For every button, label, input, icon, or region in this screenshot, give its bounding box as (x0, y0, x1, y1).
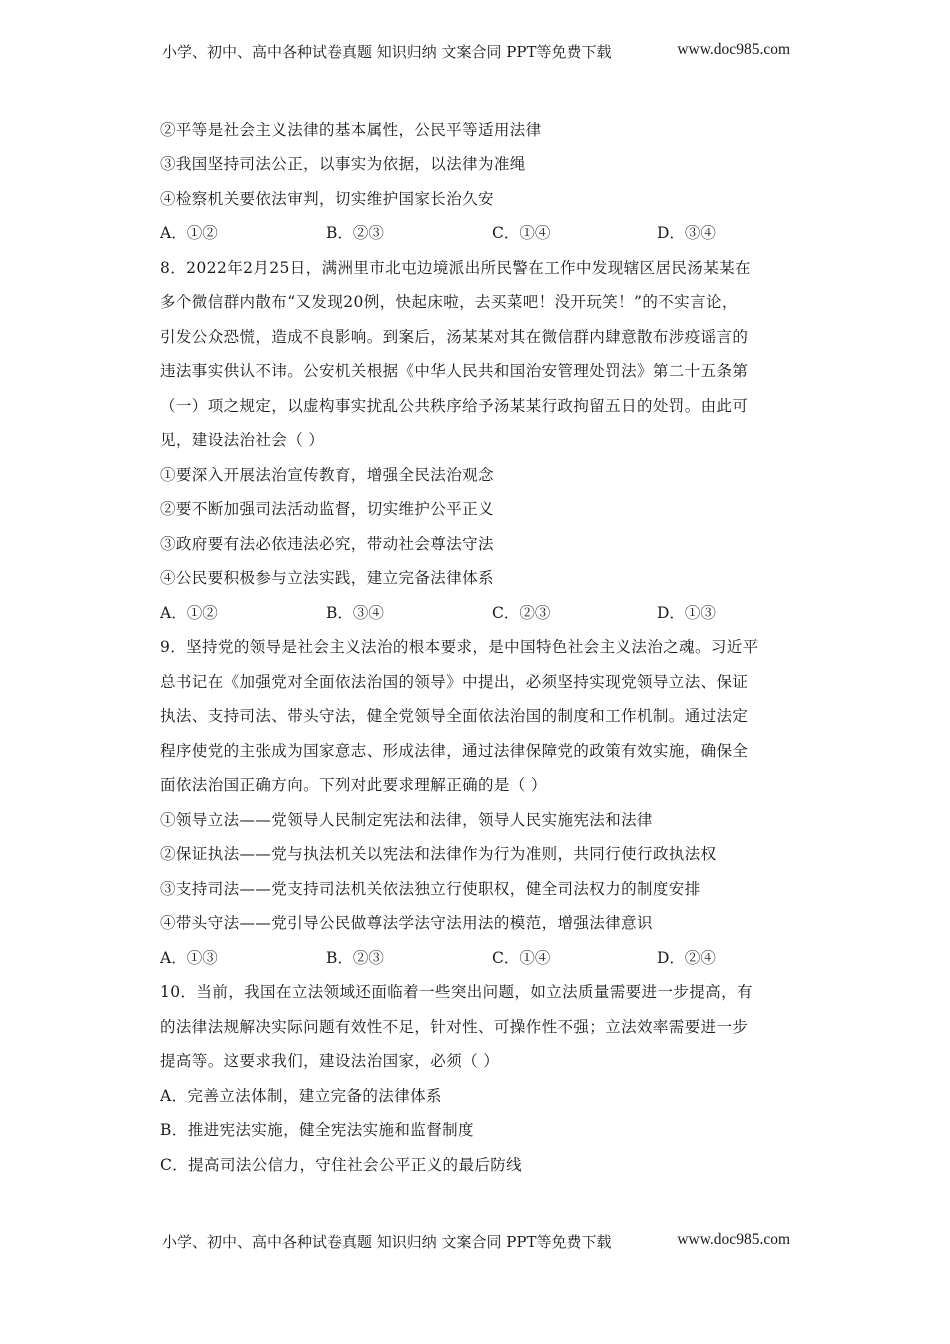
question-stem-line: 面依法治国正确方向。下列对此要求理解正确的是（ ） (160, 773, 547, 795)
footer-text: 小学、初中、高中各种试卷真题 知识归纳 文案合同 PPT等免费下载 (162, 1231, 612, 1252)
statement: ①领导立法——党领导人民制定宪法和法律，领导人民实施宪法和法律 (160, 808, 653, 830)
statement: ③政府要有法必依违法必究，带动社会尊法守法 (160, 532, 494, 554)
statement: ③支持司法——党支持司法机关依法独立行使职权，健全司法权力的制度安排 (160, 877, 701, 899)
question-stem-line: （一）项之规定，以虚构事实扰乱公共秩序给予汤某某行政拘留五日的处罚。由此可 (160, 394, 748, 416)
statement: ②保证执法——党与执法机关以宪法和法律作为行为准则，共同行使行政执法权 (160, 842, 717, 864)
statement: ②平等是社会主义法律的基本属性，公民平等适用法律 (160, 118, 542, 140)
option-a: A．①② (160, 601, 218, 623)
option-c: C．①④ (492, 221, 550, 243)
question-stem-line: 引发公众恐慌，造成不良影响。到案后，汤某某对其在微信群内肆意散布涉疫谣言的 (160, 325, 748, 347)
option-a: A．①② (160, 221, 218, 243)
option-c: C．②③ (492, 601, 550, 623)
option-b: B．②③ (326, 221, 384, 243)
option-c: C．①④ (492, 946, 550, 968)
statement: ④带头守法——党引导公民做尊法学法守法用法的模范，增强法律意识 (160, 911, 653, 933)
question-stem-line: 执法、支持司法、带头守法，健全党领导全面依法治国的制度和工作机制。通过法定 (160, 704, 748, 726)
option-a: A．完善立法体制，建立完备的法律体系 (160, 1084, 442, 1106)
question-stem-line: 提高等。这要求我们，建设法治国家，必须（ ） (160, 1049, 499, 1071)
option-c: C．提高司法公信力，守住社会公平正义的最后防线 (160, 1153, 522, 1175)
option-b: B．③④ (326, 601, 384, 623)
question-stem-line: 违法事实供认不讳。公安机关根据《中华人民共和国治安管理处罚法》第二十五条第 (160, 359, 748, 381)
option-b: B．推进宪法实施，健全宪法实施和监督制度 (160, 1118, 474, 1140)
page-footer: 小学、初中、高中各种试卷真题 知识归纳 文案合同 PPT等免费下载 www.do… (162, 1231, 790, 1252)
statement: ④检察机关要依法审判，切实维护国家长治久安 (160, 187, 494, 209)
question-stem-line: 见，建设法治社会（ ） (160, 428, 324, 450)
question-stem-line: 总书记在《加强党对全面依法治国的领导》中提出，必须坚持实现党领导立法、保证 (160, 670, 748, 692)
footer-site-link[interactable]: www.doc985.com (677, 1231, 790, 1252)
question-stem-line: 10．当前，我国在立法领域还面临着一些突出问题，如立法质量需要进一步提高，有 (160, 980, 753, 1002)
statement: ④公民要积极参与立法实践，建立完备法律体系 (160, 566, 494, 588)
page-header: 小学、初中、高中各种试卷真题 知识归纳 文案合同 PPT等免费下载 www.do… (162, 41, 790, 62)
option-d: D．①③ (657, 601, 716, 623)
question-stem-line: 8．2022年2月25日，满洲里市北屯边境派出所民警在工作中发现辖区居民汤某某在 (160, 256, 751, 278)
question-stem-line: 多个微信群内散布“又发现20例，快起床啦，去买菜吧！没开玩笑！”的不实言论， (160, 290, 738, 312)
statement: ③我国坚持司法公正，以事实为依据，以法律为准绳 (160, 152, 526, 174)
option-d: D．③④ (657, 221, 716, 243)
statement: ②要不断加强司法活动监督，切实维护公平正义 (160, 497, 494, 519)
header-text: 小学、初中、高中各种试卷真题 知识归纳 文案合同 PPT等免费下载 (162, 41, 612, 62)
option-a: A．①③ (160, 946, 218, 968)
statement: ①要深入开展法治宣传教育，增强全民法治观念 (160, 463, 494, 485)
option-d: D．②④ (657, 946, 716, 968)
question-stem-line: 程序使党的主张成为国家意志、形成法律，通过法律保障党的政策有效实施，确保全 (160, 739, 748, 761)
question-stem-line: 9．坚持党的领导是社会主义法治的根本要求，是中国特色社会主义法治之魂。习近平 (160, 635, 759, 657)
header-site-link[interactable]: www.doc985.com (677, 41, 790, 62)
option-b: B．②③ (326, 946, 384, 968)
question-stem-line: 的法律法规解决实际问题有效性不足，针对性、可操作性不强；立法效率需要进一步 (160, 1015, 748, 1037)
